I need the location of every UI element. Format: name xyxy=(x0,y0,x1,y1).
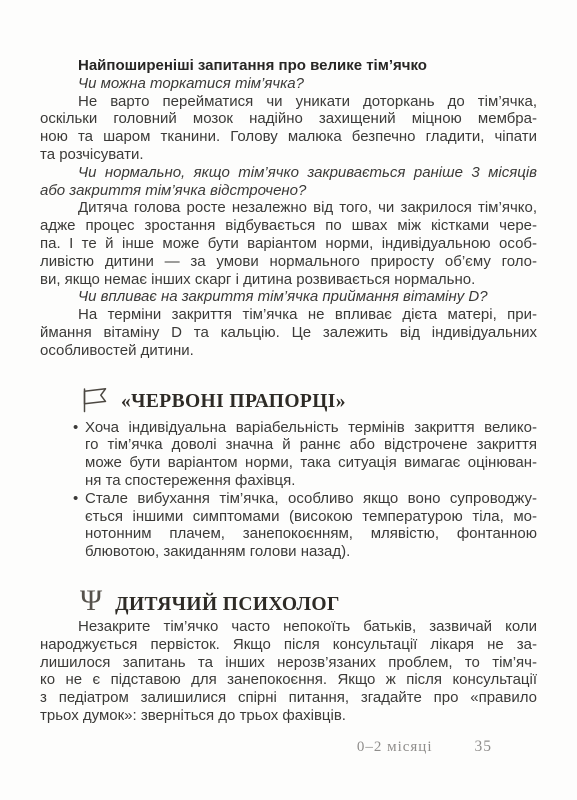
text-line: народжується первісток. Якщо після консу… xyxy=(40,636,537,654)
text-line: лишилося запитань та інших нерозв’язаних… xyxy=(40,654,537,672)
question-block-1: Чи можна торкатися тім’ячка? xyxy=(40,75,537,93)
paragraph-4: Незакрите тім’ячко часто непокоїть батьк… xyxy=(40,618,537,725)
text-line: може бути варіантом норми, така ситуація… xyxy=(85,454,537,472)
text-line: ви, якщо немає інших скарг і дитина розв… xyxy=(40,271,537,289)
red-flags-header: «ЧЕРВОНІ ПРАПОРЦІ» xyxy=(80,385,537,413)
text-line: Стале вибухання тім’ячка, особливо якщо … xyxy=(85,490,537,508)
text-line: Не варто перейматися чи уникати доторкан… xyxy=(40,93,537,111)
text-line: ймання вітаміну D та кальцію. Це залежит… xyxy=(40,324,537,342)
text-line: Незакрите тім’ячко часто непокоїть батьк… xyxy=(40,618,537,636)
book-page: Найпоширеніші запитання про велике тім’я… xyxy=(0,0,577,800)
text-line: ко не є підставою для занепокоєння. Якщо… xyxy=(40,671,537,689)
psychologist-title: ДИТЯЧИЙ ПСИХОЛОГ xyxy=(115,594,340,616)
text-line: На терміни закриття тім’ячка не впливає … xyxy=(40,306,537,324)
bullet-marker: • xyxy=(73,419,85,490)
text-line: ливістю дитини — за умови нормального пр… xyxy=(40,253,537,271)
flag-icon xyxy=(80,387,108,413)
list-item-text: Стале вибухання тім’ячка, особливо якщо … xyxy=(85,490,537,561)
footer-section-label: 0–2 місяці xyxy=(357,739,433,756)
section-heading: Найпоширеніші запитання про велике тім’я… xyxy=(40,57,537,75)
text-line: Хоча індивідуальна варіабельність термін… xyxy=(85,419,537,437)
text-line: ною та шаром тканини. Голову малюка безп… xyxy=(40,128,537,146)
paragraph-3: На терміни закриття тім’ячка не впливає … xyxy=(40,306,537,359)
bullet-marker: • xyxy=(73,490,85,561)
text-line: па. І те й інше може бути варіантом норм… xyxy=(40,235,537,253)
text-line: адже процес зростання відбувається по шв… xyxy=(40,217,537,235)
page-number: 35 xyxy=(475,738,493,756)
text-line: Дитяча голова росте незалежно від того, … xyxy=(40,199,537,217)
text-line: з педіатром залишилися спірні питання, з… xyxy=(40,689,537,707)
text-line: оскільки головний мозок надійно захищени… xyxy=(40,110,537,128)
text-line: ня та спостереження фахівця. xyxy=(85,472,537,490)
list-item: • Стале вибухання тім’ячка, особливо якщ… xyxy=(40,490,537,561)
page-content: Найпоширеніші запитання про велике тім’я… xyxy=(40,57,537,756)
question-line: Чи нормально, якщо тім’ячко закривається… xyxy=(40,164,537,182)
paragraph-1: Не варто перейматися чи уникати доторкан… xyxy=(40,93,537,164)
red-flags-title: «ЧЕРВОНІ ПРАПОРЦІ» xyxy=(121,391,346,413)
question-block-2: Чи нормально, якщо тім’ячко закривається… xyxy=(40,164,537,200)
list-item: • Хоча індивідуальна варіабельність терм… xyxy=(40,419,537,490)
list-item-text: Хоча індивідуальна варіабельність термін… xyxy=(85,419,537,490)
psychologist-header: Ψ ДИТЯЧИЙ ПСИХОЛОГ xyxy=(80,584,537,616)
text-line: трьох думок»: зверніться до трьох фахівц… xyxy=(40,707,537,725)
page-footer: 0–2 місяці 35 xyxy=(40,738,537,756)
text-line: ється іншими симптомами (високою темпера… xyxy=(85,508,537,526)
text-line: го тім’ячка доволі значна й раннє або ві… xyxy=(85,436,537,454)
text-line: особливостей дитини. xyxy=(40,342,537,360)
psi-icon: Ψ xyxy=(80,586,102,616)
paragraph-2: Дитяча голова росте незалежно від того, … xyxy=(40,199,537,288)
text-line: блювотою, закиданням голови назад). xyxy=(85,543,537,561)
text-line: нотонним плачем, занепокоєнням, млявістю… xyxy=(85,525,537,543)
question-block-3: Чи впливає на закриття тім’ячка прийманн… xyxy=(40,288,537,306)
text-line: та розчісувати. xyxy=(40,146,537,164)
question-line: Чи впливає на закриття тім’ячка прийманн… xyxy=(40,288,537,306)
red-flags-list: • Хоча індивідуальна варіабельність терм… xyxy=(40,419,537,561)
question-line: або закриття тім’ячка відстрочено? xyxy=(40,182,537,200)
question-line: Чи можна торкатися тім’ячка? xyxy=(40,75,537,93)
